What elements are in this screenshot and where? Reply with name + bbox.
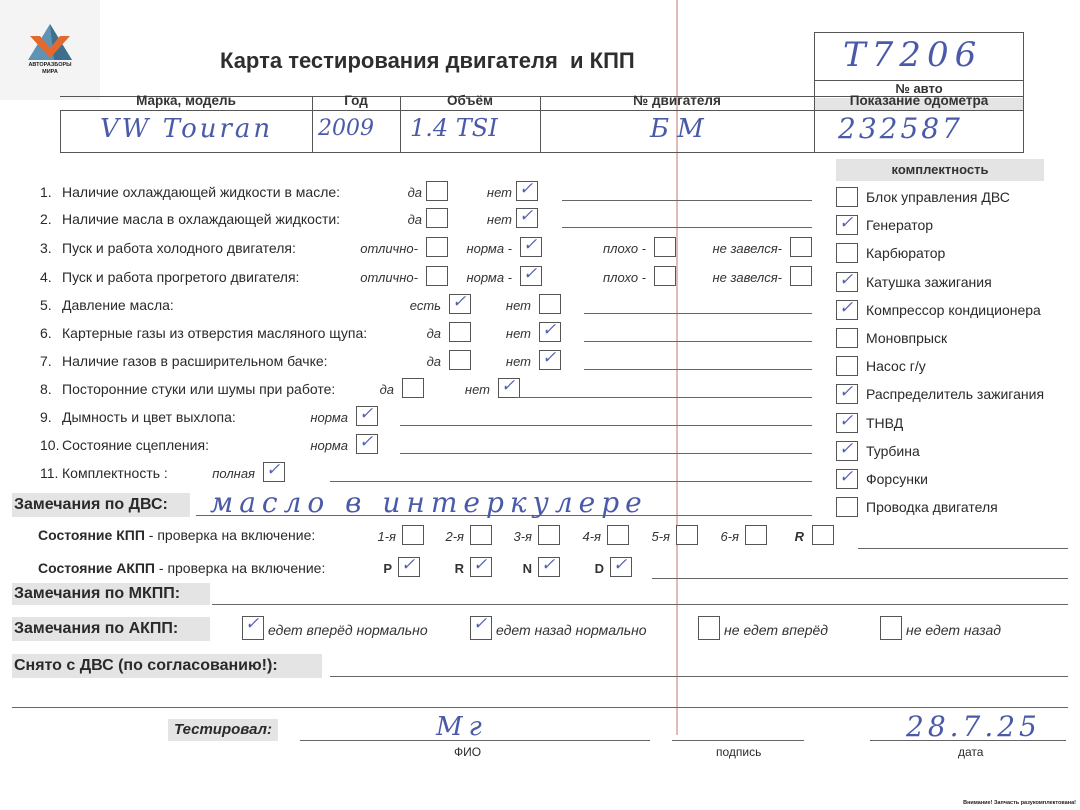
check-mark-icon: ✓ bbox=[839, 270, 853, 290]
check-notes-line[interactable] bbox=[400, 453, 812, 454]
auto-remark-checkbox[interactable] bbox=[880, 616, 902, 640]
logo-text-line1: АВТОРАЗБОРЫ bbox=[0, 62, 100, 68]
completeness-checkbox[interactable]: ✓ bbox=[836, 469, 858, 489]
vehicle-table: Марка, модель Год Объём № двигателя Пока… bbox=[60, 96, 1024, 152]
check-mark-icon: ✓ bbox=[473, 614, 487, 634]
value-engine-no: БМ bbox=[650, 114, 712, 144]
gear-checkbox[interactable]: ✓ bbox=[538, 557, 560, 577]
option-checkbox[interactable] bbox=[790, 237, 812, 257]
check-notes-line[interactable] bbox=[516, 397, 812, 398]
completeness-item-label: Блок управления ДВС bbox=[866, 189, 1010, 205]
option-label: не завелся- bbox=[712, 270, 782, 285]
check-mark-icon: ✓ bbox=[839, 411, 853, 431]
check-mark-icon: ✓ bbox=[839, 382, 853, 402]
option-label: норма bbox=[310, 438, 348, 453]
option-label: нет bbox=[465, 382, 490, 397]
check-number: 7. bbox=[40, 353, 60, 369]
gear-checkbox[interactable] bbox=[676, 525, 698, 545]
gear-checkbox[interactable] bbox=[812, 525, 834, 545]
check-label: Давление масла: bbox=[62, 297, 174, 313]
option-label: да bbox=[380, 382, 394, 397]
option-label: нет bbox=[506, 354, 531, 369]
completeness-checkbox[interactable]: ✓ bbox=[836, 413, 858, 433]
completeness-item-label: Турбина bbox=[866, 443, 920, 459]
auto-remark-checkbox[interactable]: ✓ bbox=[470, 616, 492, 640]
option-checkbox[interactable] bbox=[449, 350, 471, 370]
completeness-checkbox[interactable]: ✓ bbox=[836, 384, 858, 404]
signature-caption: подпись bbox=[716, 745, 761, 759]
gear-label: 1-я bbox=[377, 529, 396, 544]
option-checkbox[interactable] bbox=[449, 322, 471, 342]
option-label: да bbox=[427, 354, 441, 369]
gear-label: 5-я bbox=[651, 529, 670, 544]
check-mark-icon: ✓ bbox=[519, 206, 533, 226]
manual-gearbox-line bbox=[858, 548, 1068, 549]
check-number: 2. bbox=[40, 211, 60, 227]
check-mark-icon: ✓ bbox=[839, 467, 853, 487]
check-label: Наличие масла в охлаждающей жидкости: bbox=[62, 211, 340, 227]
check-number: 3. bbox=[40, 240, 60, 256]
check-mark-icon: ✓ bbox=[401, 555, 415, 575]
check-mark-icon: ✓ bbox=[519, 179, 533, 199]
option-checkbox[interactable] bbox=[426, 181, 448, 201]
check-mark-icon: ✓ bbox=[542, 348, 556, 368]
completeness-header: комплектность bbox=[836, 159, 1044, 181]
header-year: Год bbox=[312, 93, 400, 108]
gear-checkbox[interactable] bbox=[470, 525, 492, 545]
check-mark-icon: ✓ bbox=[473, 555, 487, 575]
option-checkbox[interactable]: ✓ bbox=[516, 181, 538, 201]
engine-remarks-value[interactable]: масло в интеркулере bbox=[210, 486, 648, 519]
option-label: отлично- bbox=[360, 270, 418, 285]
gear-checkbox[interactable] bbox=[538, 525, 560, 545]
check-number: 9. bbox=[40, 409, 60, 425]
gear-checkbox[interactable] bbox=[607, 525, 629, 545]
option-label: плохо - bbox=[603, 241, 646, 256]
check-mark-icon: ✓ bbox=[542, 320, 556, 340]
check-mark-icon: ✓ bbox=[266, 460, 280, 480]
date-caption: дата bbox=[958, 745, 983, 759]
option-label: нет bbox=[506, 298, 531, 313]
option-label: полная bbox=[212, 466, 255, 481]
completeness-item-label: Проводка двигателя bbox=[866, 499, 998, 515]
check-label: Состояние сцепления: bbox=[62, 437, 209, 453]
option-checkbox[interactable]: ✓ bbox=[516, 208, 538, 228]
auto-remark-label: не едет вперёд bbox=[724, 622, 828, 638]
completeness-item-label: Распределитель зажигания bbox=[866, 386, 1044, 402]
completeness-checkbox[interactable]: ✓ bbox=[836, 272, 858, 292]
completeness-item-label: Моновпрыск bbox=[866, 330, 947, 346]
completeness-checkbox[interactable] bbox=[836, 243, 858, 263]
option-label: да bbox=[427, 326, 441, 341]
logo-panel: АВТОРАЗБОРЫ МИРА bbox=[0, 0, 100, 100]
option-checkbox[interactable]: ✓ bbox=[449, 294, 471, 314]
option-checkbox[interactable] bbox=[426, 208, 448, 228]
check-number: 1. bbox=[40, 184, 60, 200]
check-label: Посторонние стуки или шумы при работе: bbox=[62, 381, 335, 397]
check-number: 4. bbox=[40, 269, 60, 285]
value-year: 2009 bbox=[318, 116, 374, 141]
check-notes-line[interactable] bbox=[584, 369, 812, 370]
check-notes-line[interactable] bbox=[584, 341, 812, 342]
page-title: Карта тестирования двигателя и КПП bbox=[220, 48, 635, 74]
check-mark-icon: ✓ bbox=[501, 376, 515, 396]
value-volume: 1.4 TSI bbox=[410, 114, 498, 142]
check-mark-icon: ✓ bbox=[839, 298, 853, 318]
tested-by-label: Тестировал: bbox=[168, 719, 278, 741]
option-checkbox[interactable]: ✓ bbox=[356, 406, 378, 426]
name-value: Мг bbox=[436, 712, 488, 742]
completeness-item-label: Форсунки bbox=[866, 471, 928, 487]
check-number: 8. bbox=[40, 381, 60, 397]
name-caption: ФИО bbox=[454, 745, 481, 759]
option-label: норма bbox=[310, 410, 348, 425]
gear-label: 3-я bbox=[513, 529, 532, 544]
auto-remark-label: едет назад нормально bbox=[496, 622, 647, 638]
gear-label: R bbox=[795, 529, 804, 544]
check-label: Пуск и работа холодного двигателя: bbox=[62, 240, 296, 256]
auto-remark-label: едет вперёд нормально bbox=[268, 622, 428, 638]
completeness-checkbox[interactable] bbox=[836, 356, 858, 376]
gear-checkbox[interactable] bbox=[745, 525, 767, 545]
removed-label: Снято с ДВС (по согласованию!): bbox=[12, 654, 322, 678]
gear-label: R bbox=[455, 561, 464, 576]
check-mark-icon: ✓ bbox=[613, 555, 627, 575]
car-number-box: Т7206 bbox=[814, 32, 1024, 80]
option-checkbox[interactable]: ✓ bbox=[356, 434, 378, 454]
check-mark-icon: ✓ bbox=[359, 432, 373, 452]
check-mark-icon: ✓ bbox=[839, 439, 853, 459]
check-label: Наличие охлаждающей жидкости в масле: bbox=[62, 184, 340, 200]
option-checkbox[interactable] bbox=[426, 266, 448, 286]
check-notes-line[interactable] bbox=[584, 313, 812, 314]
option-label: нет bbox=[487, 185, 512, 200]
check-number: 5. bbox=[40, 297, 60, 313]
option-checkbox[interactable] bbox=[654, 266, 676, 286]
logo-icon bbox=[26, 22, 74, 62]
auto-remark-checkbox[interactable]: ✓ bbox=[242, 616, 264, 640]
header-odometer: Показание одометра bbox=[814, 93, 1024, 108]
option-checkbox[interactable]: ✓ bbox=[539, 322, 561, 342]
option-label: да bbox=[408, 185, 422, 200]
option-label: норма - bbox=[466, 270, 512, 285]
gear-label: D bbox=[595, 561, 604, 576]
option-checkbox[interactable]: ✓ bbox=[263, 462, 285, 482]
gear-checkbox[interactable]: ✓ bbox=[398, 557, 420, 577]
check-notes-line[interactable] bbox=[400, 425, 812, 426]
option-label: отлично- bbox=[360, 241, 418, 256]
completeness-checkbox[interactable]: ✓ bbox=[836, 215, 858, 235]
check-mark-icon: ✓ bbox=[523, 235, 537, 255]
gear-checkbox[interactable] bbox=[402, 525, 424, 545]
option-checkbox[interactable] bbox=[539, 294, 561, 314]
removed-line[interactable] bbox=[330, 676, 1068, 677]
check-label: Наличие газов в расширительном бачке: bbox=[62, 353, 328, 369]
check-mark-icon: ✓ bbox=[523, 264, 537, 284]
option-label: нет bbox=[487, 212, 512, 227]
option-checkbox[interactable] bbox=[402, 378, 424, 398]
check-mark-icon: ✓ bbox=[541, 555, 555, 575]
completeness-checkbox[interactable]: ✓ bbox=[836, 300, 858, 320]
completeness-checkbox[interactable]: ✓ bbox=[836, 441, 858, 461]
value-make-model: VW Touran bbox=[100, 114, 273, 144]
check-notes-line[interactable] bbox=[330, 481, 812, 482]
check-mark-icon: ✓ bbox=[245, 614, 259, 634]
gear-checkbox[interactable]: ✓ bbox=[610, 557, 632, 577]
gear-label: P bbox=[383, 561, 392, 576]
check-number: 11. bbox=[40, 465, 60, 481]
car-number-value: Т7206 bbox=[843, 35, 982, 75]
value-odometer: 232587 bbox=[838, 112, 963, 145]
check-mark-icon: ✓ bbox=[359, 404, 373, 424]
check-label: Комплектность : bbox=[62, 465, 168, 481]
completeness-item-label: ТНВД bbox=[866, 415, 903, 431]
engine-remarks-label: Замечания по ДВС: bbox=[12, 493, 190, 517]
header-volume: Объём bbox=[400, 93, 540, 108]
check-label: Картерные газы из отверстия масляного щу… bbox=[62, 325, 367, 341]
signature-line[interactable] bbox=[672, 740, 804, 741]
check-notes-line[interactable] bbox=[562, 227, 812, 228]
option-label: не завелся- bbox=[712, 241, 782, 256]
completeness-checkbox[interactable] bbox=[836, 497, 858, 517]
check-label: Пуск и работа прогретого двигателя: bbox=[62, 269, 299, 285]
auto-remark-label: не едет назад bbox=[906, 622, 1001, 638]
gear-label: 2-я bbox=[445, 529, 464, 544]
check-label: Дымность и цвет выхлопа: bbox=[62, 409, 236, 425]
gear-label: 6-я bbox=[720, 529, 739, 544]
footer-note: Внимание! Запчасть разукомплектована! bbox=[963, 800, 1076, 806]
check-mark-icon: ✓ bbox=[839, 213, 853, 233]
gear-label: 4-я bbox=[582, 529, 601, 544]
completeness-item-label: Насос г/у bbox=[866, 358, 926, 374]
completeness-checkbox[interactable] bbox=[836, 328, 858, 348]
option-checkbox[interactable] bbox=[790, 266, 812, 286]
header-make-model: Марка, модель bbox=[60, 93, 312, 108]
auto-remark-checkbox[interactable] bbox=[698, 616, 720, 640]
option-label: да bbox=[408, 212, 422, 227]
gear-label: N bbox=[523, 561, 532, 576]
check-mark-icon: ✓ bbox=[452, 292, 466, 312]
logo-text-line2: МИРА bbox=[0, 69, 100, 75]
check-number: 10. bbox=[40, 437, 60, 453]
completeness-item-label: Генератор bbox=[866, 217, 933, 233]
option-label: есть bbox=[410, 298, 441, 313]
manual-remarks-label: Замечания по МКПП: bbox=[12, 583, 210, 605]
auto-gearbox-line bbox=[652, 578, 1068, 579]
completeness-checkbox[interactable] bbox=[836, 187, 858, 207]
blank-line bbox=[12, 707, 1068, 708]
option-checkbox[interactable]: ✓ bbox=[539, 350, 561, 370]
header-engine-no: № двигателя bbox=[540, 93, 814, 108]
option-checkbox[interactable] bbox=[426, 237, 448, 257]
manual-gearbox-label: Состояние КПП - проверка на включение: bbox=[38, 527, 315, 543]
auto-remarks-label: Замечания по АКПП: bbox=[12, 617, 210, 641]
option-label: нет bbox=[506, 326, 531, 341]
option-checkbox[interactable]: ✓ bbox=[498, 378, 520, 398]
completeness-item-label: Компрессор кондиционера bbox=[866, 302, 1041, 318]
option-checkbox[interactable]: ✓ bbox=[520, 266, 542, 286]
option-checkbox[interactable] bbox=[654, 237, 676, 257]
check-number: 6. bbox=[40, 325, 60, 341]
gear-checkbox[interactable]: ✓ bbox=[470, 557, 492, 577]
auto-gearbox-label: Состояние АКПП - проверка на включение: bbox=[38, 560, 325, 576]
manual-remarks-line[interactable] bbox=[212, 604, 1068, 605]
check-notes-line[interactable] bbox=[562, 200, 812, 201]
option-label: плохо - bbox=[603, 270, 646, 285]
option-checkbox[interactable]: ✓ bbox=[520, 237, 542, 257]
date-value: 28.7.25 bbox=[906, 710, 1041, 743]
completeness-item-label: Карбюратор bbox=[866, 245, 945, 261]
completeness-item-label: Катушка зажигания bbox=[866, 274, 992, 290]
option-label: норма - bbox=[466, 241, 512, 256]
